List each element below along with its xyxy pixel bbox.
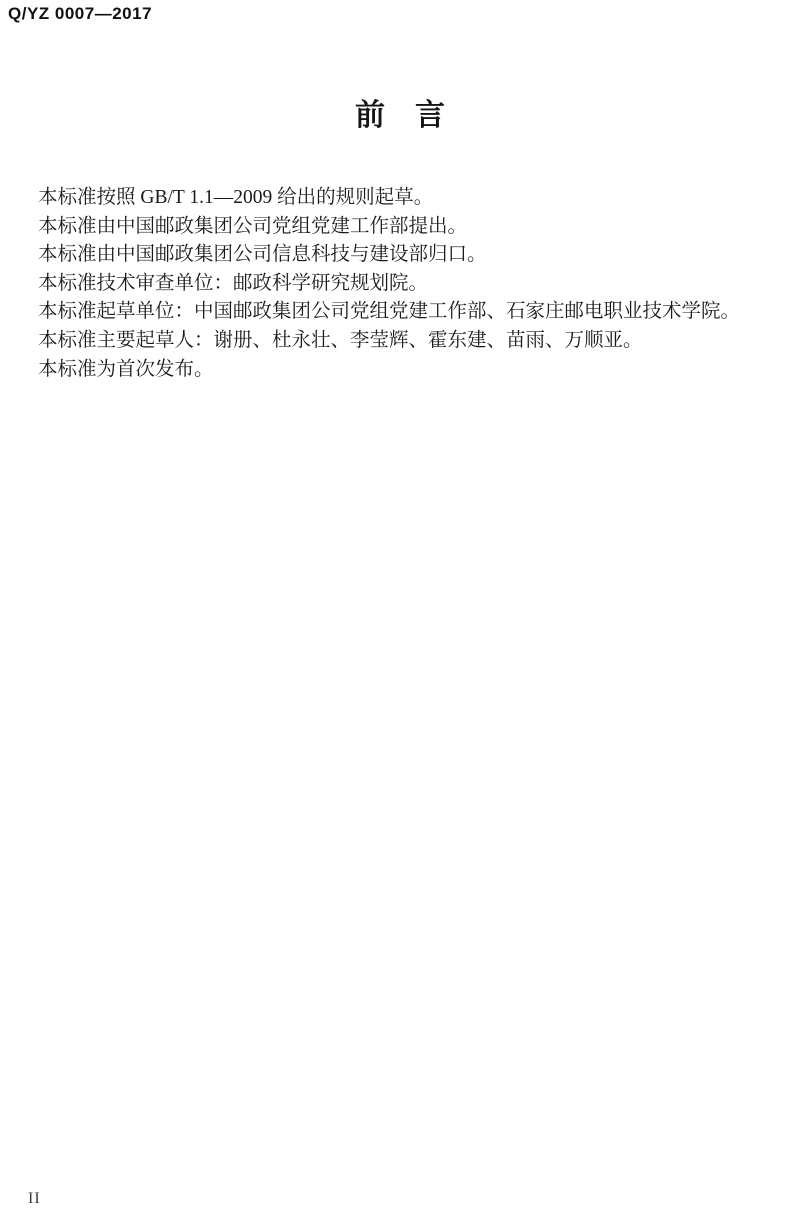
foreword-paragraph: 本标准技术审查单位：邮政科学研究规划院。 [38, 270, 762, 299]
foreword-paragraph: 本标准主要起草人：谢册、杜永壮、李莹辉、霍东建、苗雨、万顺亚。 [38, 327, 762, 356]
foreword-paragraph: 本标准由中国邮政集团公司党组党建工作部提出。 [38, 213, 762, 242]
foreword-paragraph: 本标准为首次发布。 [38, 356, 762, 385]
foreword-title: 前 言 [0, 97, 800, 135]
foreword-paragraph: 本标准起草单位：中国邮政集团公司党组党建工作部、石家庄邮电职业技术学院。 [38, 298, 762, 327]
foreword-paragraph: 本标准按照 GB/T 1.1—2009 给出的规则起草。 [38, 184, 762, 213]
foreword-paragraph: 本标准由中国邮政集团公司信息科技与建设部归口。 [38, 241, 762, 270]
document-page: Q/YZ 0007—2017 前 言 本标准按照 GB/T 1.1—2009 给… [0, 0, 800, 1214]
standard-number-header: Q/YZ 0007—2017 [8, 4, 152, 24]
foreword-body: 本标准按照 GB/T 1.1—2009 给出的规则起草。 本标准由中国邮政集团公… [38, 184, 762, 384]
page-number: II [28, 1190, 41, 1208]
